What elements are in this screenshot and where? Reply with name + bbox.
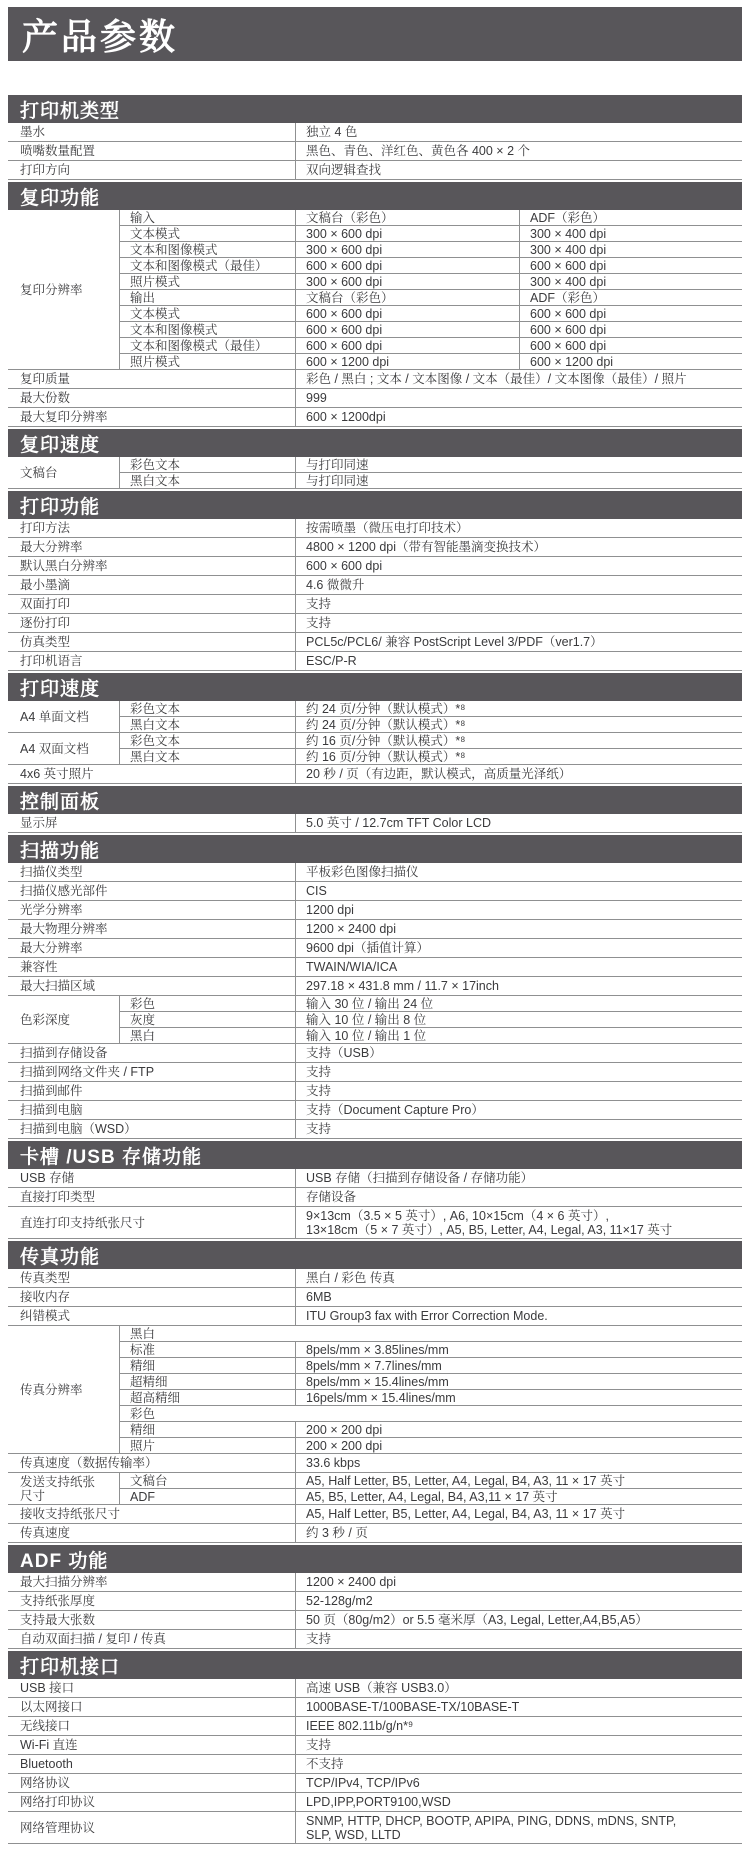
spec-value: 600 × 1200dpi: [296, 408, 742, 426]
spec-value: 文稿台（彩色）: [296, 210, 520, 225]
spec-row: 接收支持纸张尺寸A5, Half Letter, B5, Letter, A4,…: [8, 1505, 742, 1524]
spec-value: 输入 30 位 / 输出 24 位: [296, 996, 742, 1011]
spec-value: 约 16 页/分钟（默认模式）*⁸: [296, 749, 742, 764]
spec-value: 200 × 200 dpi: [296, 1438, 742, 1453]
spec-value: 支持（Document Capture Pro）: [296, 1101, 742, 1119]
spec-value: 存储设备: [296, 1188, 742, 1206]
spec-value: 16pels/mm × 15.4lines/mm: [296, 1390, 742, 1405]
spec-sublabel: 黑白文本: [120, 473, 296, 488]
spec-value: ADF（彩色）: [520, 290, 742, 305]
spec-row: 传真速度（数据传输率）33.6 kbps: [8, 1454, 742, 1473]
spec-subrow: 文本和图像模式（最佳）600 × 600 dpi600 × 600 dpi: [120, 338, 742, 354]
spec-sublabel: 照片模式: [120, 274, 296, 289]
spec-sublabel: 输入: [120, 210, 296, 225]
spec-value: 8pels/mm × 15.4lines/mm: [296, 1374, 742, 1389]
spec-subrow: 彩色: [120, 1406, 742, 1422]
spec-label: 网络打印协议: [8, 1793, 296, 1811]
spec-label: USB 存储: [8, 1169, 296, 1187]
spec-value: 不支持: [296, 1755, 742, 1773]
spec-row: 打印方向双向逻辑查找: [8, 161, 742, 180]
spec-sublabel: 精细: [120, 1422, 296, 1437]
spec-value: 600 × 600 dpi: [520, 258, 742, 273]
spec-label: 最大分辨率: [8, 538, 296, 556]
spec-label: 传真速度: [8, 1524, 296, 1542]
spec-subrow: 彩色文本约 16 页/分钟（默认模式）*⁸: [120, 733, 742, 749]
spec-row: 最小墨滴4.6 微微升: [8, 576, 742, 595]
spec-label: 扫描仪感光部件: [8, 882, 296, 900]
spec-group-rows: 彩色文本约 16 页/分钟（默认模式）*⁸黑白文本约 16 页/分钟（默认模式）…: [120, 733, 742, 765]
spec-group: 复印分辨率输入文稿台（彩色）ADF（彩色）文本模式300 × 600 dpi30…: [8, 210, 742, 370]
spec-row: 喷嘴数量配置黑色、青色、洋红色、黄色各 400 × 2 个: [8, 142, 742, 161]
spec-label: 光学分辨率: [8, 901, 296, 919]
spec-subrow: 黑白文本约 16 页/分钟（默认模式）*⁸: [120, 749, 742, 765]
spec-row: Bluetooth不支持: [8, 1755, 742, 1774]
spec-sublabel: 黑白: [120, 1028, 296, 1043]
spec-row: 最大物理分辨率1200 × 2400 dpi: [8, 920, 742, 939]
spec-value: ITU Group3 fax with Error Correction Mod…: [296, 1307, 742, 1325]
spec-value: CIS: [296, 882, 742, 900]
spec-value: 与打印同速: [296, 473, 742, 488]
spec-subheader: 黑白: [120, 1326, 742, 1341]
spec-sublabel: 文本模式: [120, 226, 296, 241]
spec-label: 扫描到网络文件夹 / FTP: [8, 1063, 296, 1081]
spec-value: 高速 USB（兼容 USB3.0）: [296, 1679, 742, 1697]
spec-label: 最大分辨率: [8, 939, 296, 957]
spec-value: 约 3 秒 / 页: [296, 1524, 742, 1542]
spec-label: 以太网接口: [8, 1698, 296, 1716]
spec-label: 扫描仪类型: [8, 863, 296, 881]
spec-value: 300 × 600 dpi: [296, 226, 520, 241]
section-header: 复印功能: [8, 182, 742, 210]
spec-label: 仿真类型: [8, 633, 296, 651]
spec-group-label: A4 单面文档: [8, 701, 120, 733]
spec-row: 网络协议TCP/IPv4, TCP/IPv6: [8, 1774, 742, 1793]
spec-value: 600 × 600 dpi: [520, 322, 742, 337]
spec-label: Bluetooth: [8, 1755, 296, 1773]
spec-label: 扫描到邮件: [8, 1082, 296, 1100]
spec-label: 自动双面扫描 / 复印 / 传真: [8, 1630, 296, 1648]
spec-row: 显示屏5.0 英寸 / 12.7cm TFT Color LCD: [8, 814, 742, 833]
spec-subrow: 照片模式300 × 600 dpi300 × 400 dpi: [120, 274, 742, 290]
spec-group-rows: 彩色文本与打印同速黑白文本与打印同速: [120, 457, 742, 489]
spec-row: 支持纸张厚度52-128g/m2: [8, 1592, 742, 1611]
spec-row: 扫描仪类型平板彩色图像扫描仪: [8, 863, 742, 882]
spec-label: 兼容性: [8, 958, 296, 976]
spec-group-rows: 文稿台A5, Half Letter, B5, Letter, A4, Lega…: [120, 1473, 742, 1505]
spec-row: 扫描到存储设备支持（USB）: [8, 1044, 742, 1063]
spec-label: 默认黑白分辨率: [8, 557, 296, 575]
spec-value: 输入 10 位 / 输出 8 位: [296, 1012, 742, 1027]
spec-value: 600 × 1200 dpi: [296, 354, 520, 369]
spec-label: 网络管理协议: [8, 1812, 296, 1843]
spec-row: 网络打印协议LPD,IPP,PORT9100,WSD: [8, 1793, 742, 1812]
spec-group: 传真分辨率黑白标准8pels/mm × 3.85lines/mm精细8pels/…: [8, 1326, 742, 1454]
spec-label: 传真类型: [8, 1269, 296, 1287]
spec-value: 按需喷墨（微压电打印技术）: [296, 519, 742, 537]
spec-subrow: 输出文稿台（彩色）ADF（彩色）: [120, 290, 742, 306]
spec-subrow: 标准8pels/mm × 3.85lines/mm: [120, 1342, 742, 1358]
spec-row: 最大份数999: [8, 389, 742, 408]
spec-row: 最大扫描分辨率1200 × 2400 dpi: [8, 1573, 742, 1592]
spec-sublabel: 彩色文本: [120, 701, 296, 716]
spec-subrow: 彩色输入 30 位 / 输出 24 位: [120, 996, 742, 1012]
spec-value: 300 × 400 dpi: [520, 226, 742, 241]
spec-group-rows: 输入文稿台（彩色）ADF（彩色）文本模式300 × 600 dpi300 × 4…: [120, 210, 742, 370]
spec-sublabel: 照片: [120, 1438, 296, 1453]
spec-label: 最小墨滴: [8, 576, 296, 594]
spec-value: 300 × 400 dpi: [520, 274, 742, 289]
spec-value: 50 页（80g/m2）or 5.5 毫米厚（A3, Legal, Letter…: [296, 1611, 742, 1629]
spec-label: USB 接口: [8, 1679, 296, 1697]
section-header: 打印机接口: [8, 1651, 742, 1679]
spec-value: 300 × 600 dpi: [296, 274, 520, 289]
spec-value: 文稿台（彩色）: [296, 290, 520, 305]
spec-row: 直连打印支持纸张尺寸9×13cm（3.5 × 5 英寸）, A6, 10×15c…: [8, 1207, 742, 1239]
spec-row: 复印质量彩色 / 黑白 ; 文本 / 文本图像 / 文本（最佳）/ 文本图像（最…: [8, 370, 742, 389]
spec-subrow: 黑白文本约 24 页/分钟（默认模式）*⁸: [120, 717, 742, 733]
spec-sublabel: 超精细: [120, 1374, 296, 1389]
spec-row: 默认黑白分辨率600 × 600 dpi: [8, 557, 742, 576]
spec-subrow: 文本模式600 × 600 dpi600 × 600 dpi: [120, 306, 742, 322]
spec-value: 约 24 页/分钟（默认模式）*⁸: [296, 717, 742, 732]
spec-value: 6MB: [296, 1288, 742, 1306]
spec-value: 支持: [296, 595, 742, 613]
spec-value: 1200 × 2400 dpi: [296, 920, 742, 938]
spec-value: 1200 dpi: [296, 901, 742, 919]
spec-label: 网络协议: [8, 1774, 296, 1792]
spec-label: 最大扫描分辨率: [8, 1573, 296, 1591]
spec-subrow: 输入文稿台（彩色）ADF（彩色）: [120, 210, 742, 226]
spec-label: 扫描到电脑（WSD）: [8, 1120, 296, 1138]
spec-row: 双面打印支持: [8, 595, 742, 614]
spec-value: 约 24 页/分钟（默认模式）*⁸: [296, 701, 742, 716]
spec-value: 33.6 kbps: [296, 1454, 742, 1472]
spec-subheader: 彩色: [120, 1406, 742, 1421]
spec-value: 双向逻辑查找: [296, 161, 742, 179]
spec-value: 600 × 600 dpi: [296, 258, 520, 273]
spec-label: 传真速度（数据传输率）: [8, 1454, 296, 1472]
spec-value: PCL5c/PCL6/ 兼容 PostScript Level 3/PDF（ve…: [296, 633, 742, 651]
spec-row: 直接打印类型存储设备: [8, 1188, 742, 1207]
spec-value: 平板彩色图像扫描仪: [296, 863, 742, 881]
spec-row: 最大分辨率9600 dpi（插值计算）: [8, 939, 742, 958]
spec-row: 逐份打印支持: [8, 614, 742, 633]
section-header: 打印功能: [8, 491, 742, 519]
spec-group: A4 单面文档彩色文本约 24 页/分钟（默认模式）*⁸黑白文本约 24 页/分…: [8, 701, 742, 733]
spec-group-label: 发送支持纸张 尺寸: [8, 1473, 120, 1505]
spec-row: 4x6 英寸照片20 秒 / 页（有边距，默认模式，高质量光泽纸）: [8, 765, 742, 784]
spec-value: 200 × 200 dpi: [296, 1422, 742, 1437]
spec-value: 5.0 英寸 / 12.7cm TFT Color LCD: [296, 814, 742, 832]
spec-group-label: 复印分辨率: [8, 210, 120, 370]
spec-value: A5, Half Letter, B5, Letter, A4, Legal, …: [296, 1473, 742, 1488]
spec-value: 600 × 600 dpi: [296, 306, 520, 321]
spec-value: USB 存储（扫描到存储设备 / 存储功能）: [296, 1169, 742, 1187]
spec-subrow: 精细200 × 200 dpi: [120, 1422, 742, 1438]
section-header: 打印机类型: [8, 95, 742, 123]
spec-group-label: 色彩深度: [8, 996, 120, 1044]
spec-value: 黑色、青色、洋红色、黄色各 400 × 2 个: [296, 142, 742, 160]
spec-value: A5, Half Letter, B5, Letter, A4, Legal, …: [296, 1505, 742, 1523]
spec-sublabel: 黑白文本: [120, 749, 296, 764]
spec-sublabel: 黑白文本: [120, 717, 296, 732]
spec-row: USB 存储USB 存储（扫描到存储设备 / 存储功能）: [8, 1169, 742, 1188]
spec-sublabel: 彩色文本: [120, 733, 296, 748]
spec-label: 支持最大张数: [8, 1611, 296, 1629]
spec-row: 自动双面扫描 / 复印 / 传真支持: [8, 1630, 742, 1649]
spec-value: 600 × 600 dpi: [520, 338, 742, 353]
spec-sections: 打印机类型墨水独立 4 色喷嘴数量配置黑色、青色、洋红色、黄色各 400 × 2…: [8, 95, 742, 1844]
spec-group: 文稿台彩色文本与打印同速黑白文本与打印同速: [8, 457, 742, 489]
spec-group-rows: 黑白标准8pels/mm × 3.85lines/mm精细8pels/mm × …: [120, 1326, 742, 1454]
spec-value: 支持（USB）: [296, 1044, 742, 1062]
spec-sublabel: ADF: [120, 1489, 296, 1504]
spec-value: LPD,IPP,PORT9100,WSD: [296, 1793, 742, 1811]
spec-label: 接收内存: [8, 1288, 296, 1306]
spec-subrow: 精细8pels/mm × 7.7lines/mm: [120, 1358, 742, 1374]
spec-group-label: 传真分辨率: [8, 1326, 120, 1454]
spec-value: 1200 × 2400 dpi: [296, 1573, 742, 1591]
spec-label: 4x6 英寸照片: [8, 765, 296, 783]
spec-row: 扫描到电脑（WSD）支持: [8, 1120, 742, 1139]
spec-row: 支持最大张数50 页（80g/m2）or 5.5 毫米厚（A3, Legal, …: [8, 1611, 742, 1630]
spec-value: A5, B5, Letter, A4, Legal, B4, A3,11 × 1…: [296, 1489, 742, 1504]
spec-value: 600 × 600 dpi: [296, 338, 520, 353]
section-header: ADF 功能: [8, 1545, 742, 1573]
spec-label: 双面打印: [8, 595, 296, 613]
spec-row: 网络管理协议SNMP, HTTP, DHCP, BOOTP, APIPA, PI…: [8, 1812, 742, 1844]
section-header: 打印速度: [8, 673, 742, 701]
spec-row: 传真类型黑白 / 彩色 传真: [8, 1269, 742, 1288]
spec-group-rows: 彩色文本约 24 页/分钟（默认模式）*⁸黑白文本约 24 页/分钟（默认模式）…: [120, 701, 742, 733]
spec-subrow: 文本和图像模式600 × 600 dpi600 × 600 dpi: [120, 322, 742, 338]
spec-value: 约 16 页/分钟（默认模式）*⁸: [296, 733, 742, 748]
spec-subrow: 黑白输入 10 位 / 输出 1 位: [120, 1028, 742, 1044]
spec-value: 9×13cm（3.5 × 5 英寸）, A6, 10×15cm（4 × 6 英寸…: [296, 1207, 742, 1238]
spec-sublabel: 彩色文本: [120, 457, 296, 472]
spec-label: 扫描到电脑: [8, 1101, 296, 1119]
spec-value: 独立 4 色: [296, 123, 742, 141]
spec-row: 打印方法按需喷墨（微压电打印技术）: [8, 519, 742, 538]
spec-label: 纠错模式: [8, 1307, 296, 1325]
spec-subrow: 彩色文本与打印同速: [120, 457, 742, 473]
spec-group-label: A4 双面文档: [8, 733, 120, 765]
spec-subrow: 黑白: [120, 1326, 742, 1342]
section-header: 控制面板: [8, 786, 742, 814]
spec-value: 1000BASE-T/100BASE-TX/10BASE-T: [296, 1698, 742, 1716]
spec-value: 支持: [296, 1120, 742, 1138]
spec-label: 直连打印支持纸张尺寸: [8, 1207, 296, 1238]
spec-row: 传真速度约 3 秒 / 页: [8, 1524, 742, 1543]
spec-value: 999: [296, 389, 742, 407]
spec-row: Wi-Fi 直连支持: [8, 1736, 742, 1755]
spec-label: 墨水: [8, 123, 296, 141]
spec-value: 300 × 600 dpi: [296, 242, 520, 257]
spec-group: A4 双面文档彩色文本约 16 页/分钟（默认模式）*⁸黑白文本约 16 页/分…: [8, 733, 742, 765]
spec-label: 逐份打印: [8, 614, 296, 632]
spec-row: 纠错模式ITU Group3 fax with Error Correction…: [8, 1307, 742, 1326]
spec-value: 20 秒 / 页（有边距，默认模式，高质量光泽纸）: [296, 765, 742, 783]
spec-subrow: 文本模式300 × 600 dpi300 × 400 dpi: [120, 226, 742, 242]
spec-subrow: 灰度输入 10 位 / 输出 8 位: [120, 1012, 742, 1028]
spec-value: 输入 10 位 / 输出 1 位: [296, 1028, 742, 1043]
spec-subrow: 超高精细16pels/mm × 15.4lines/mm: [120, 1390, 742, 1406]
spec-label: 扫描到存储设备: [8, 1044, 296, 1062]
spec-value: 支持: [296, 1063, 742, 1081]
spec-value: 4.6 微微升: [296, 576, 742, 594]
spec-row: 兼容性TWAIN/WIA/ICA: [8, 958, 742, 977]
spec-sublabel: 文本和图像模式: [120, 322, 296, 337]
spec-value: 600 × 600 dpi: [296, 322, 520, 337]
spec-value: 支持: [296, 1630, 742, 1648]
spec-label: 最大份数: [8, 389, 296, 407]
spec-row: 最大复印分辨率600 × 1200dpi: [8, 408, 742, 427]
spec-row: 扫描到电脑支持（Document Capture Pro）: [8, 1101, 742, 1120]
spec-subrow: 文稿台A5, Half Letter, B5, Letter, A4, Lega…: [120, 1473, 742, 1489]
spec-row: 墨水独立 4 色: [8, 123, 742, 142]
spec-label: 喷嘴数量配置: [8, 142, 296, 160]
spec-label: 直接打印类型: [8, 1188, 296, 1206]
spec-row: 无线接口IEEE 802.11b/g/n*⁹: [8, 1717, 742, 1736]
spec-subrow: 彩色文本约 24 页/分钟（默认模式）*⁸: [120, 701, 742, 717]
spec-value: 9600 dpi（插值计算）: [296, 939, 742, 957]
spec-value: SNMP, HTTP, DHCP, BOOTP, APIPA, PING, DD…: [296, 1812, 742, 1843]
spec-row: 最大分辨率4800 × 1200 dpi（带有智能墨滴变换技术）: [8, 538, 742, 557]
spec-row: 扫描到邮件支持: [8, 1082, 742, 1101]
spec-value: 8pels/mm × 7.7lines/mm: [296, 1358, 742, 1373]
spec-value: 支持: [296, 614, 742, 632]
spec-label: 最大扫描区域: [8, 977, 296, 995]
spec-row: USB 接口高速 USB（兼容 USB3.0）: [8, 1679, 742, 1698]
section-header: 传真功能: [8, 1241, 742, 1269]
page-title-bar: 产品参数: [8, 7, 742, 61]
spec-value: 297.18 × 431.8 mm / 11.7 × 17inch: [296, 977, 742, 995]
spec-subrow: 超精细8pels/mm × 15.4lines/mm: [120, 1374, 742, 1390]
spec-sublabel: 文稿台: [120, 1473, 296, 1488]
spec-label: 接收支持纸张尺寸: [8, 1505, 296, 1523]
spec-subrow: 照片模式600 × 1200 dpi600 × 1200 dpi: [120, 354, 742, 370]
spec-label: 打印方向: [8, 161, 296, 179]
spec-value: 黑白 / 彩色 传真: [296, 1269, 742, 1287]
spec-row: 接收内存6MB: [8, 1288, 742, 1307]
spec-row: 打印机语言ESC/P-R: [8, 652, 742, 671]
spec-row: 扫描仪感光部件CIS: [8, 882, 742, 901]
spec-sublabel: 灰度: [120, 1012, 296, 1027]
spec-value: 4800 × 1200 dpi（带有智能墨滴变换技术）: [296, 538, 742, 556]
spec-subrow: 文本和图像模式300 × 600 dpi300 × 400 dpi: [120, 242, 742, 258]
spec-group-rows: 彩色输入 30 位 / 输出 24 位灰度输入 10 位 / 输出 8 位黑白输…: [120, 996, 742, 1044]
spec-label: 无线接口: [8, 1717, 296, 1735]
spec-row: 仿真类型PCL5c/PCL6/ 兼容 PostScript Level 3/PD…: [8, 633, 742, 652]
spec-sublabel: 精细: [120, 1358, 296, 1373]
spec-sublabel: 输出: [120, 290, 296, 305]
spec-value: 600 × 600 dpi: [520, 306, 742, 321]
spec-value: ESC/P-R: [296, 652, 742, 670]
spec-value: ADF（彩色）: [520, 210, 742, 225]
spec-label: 复印质量: [8, 370, 296, 388]
spec-subrow: 照片200 × 200 dpi: [120, 1438, 742, 1454]
spec-row: 光学分辨率1200 dpi: [8, 901, 742, 920]
spec-row: 扫描到网络文件夹 / FTP支持: [8, 1063, 742, 1082]
spec-value: TWAIN/WIA/ICA: [296, 958, 742, 976]
spec-label: 最大物理分辨率: [8, 920, 296, 938]
spec-group-label: 文稿台: [8, 457, 120, 489]
spec-value: 彩色 / 黑白 ; 文本 / 文本图像 / 文本（最佳）/ 文本图像（最佳）/ …: [296, 370, 742, 388]
spec-page: 产品参数 打印机类型墨水独立 4 色喷嘴数量配置黑色、青色、洋红色、黄色各 40…: [8, 7, 742, 1844]
spec-value: TCP/IPv4, TCP/IPv6: [296, 1774, 742, 1792]
section-header: 扫描功能: [8, 835, 742, 863]
spec-value: 8pels/mm × 3.85lines/mm: [296, 1342, 742, 1357]
spec-value: 与打印同速: [296, 457, 742, 472]
section-header: 复印速度: [8, 429, 742, 457]
spec-sublabel: 彩色: [120, 996, 296, 1011]
page-title: 产品参数: [22, 9, 178, 60]
spec-sublabel: 标准: [120, 1342, 296, 1357]
spec-label: Wi-Fi 直连: [8, 1736, 296, 1754]
spec-value: 52-128g/m2: [296, 1592, 742, 1610]
spec-label: 显示屏: [8, 814, 296, 832]
spec-value: 600 × 600 dpi: [296, 557, 742, 575]
spec-value: 300 × 400 dpi: [520, 242, 742, 257]
spec-label: 支持纸张厚度: [8, 1592, 296, 1610]
spec-group: 色彩深度彩色输入 30 位 / 输出 24 位灰度输入 10 位 / 输出 8 …: [8, 996, 742, 1044]
spec-sublabel: 文本和图像模式（最佳）: [120, 258, 296, 273]
spec-sublabel: 文本和图像模式: [120, 242, 296, 257]
spec-label: 打印方法: [8, 519, 296, 537]
spec-label: 打印机语言: [8, 652, 296, 670]
spec-sublabel: 照片模式: [120, 354, 296, 369]
spec-value: 支持: [296, 1082, 742, 1100]
spec-label: 最大复印分辨率: [8, 408, 296, 426]
spec-value: IEEE 802.11b/g/n*⁹: [296, 1717, 742, 1735]
spec-row: 最大扫描区域297.18 × 431.8 mm / 11.7 × 17inch: [8, 977, 742, 996]
spec-sublabel: 超高精细: [120, 1390, 296, 1405]
section-header: 卡槽 /USB 存储功能: [8, 1141, 742, 1169]
spec-row: 以太网接口1000BASE-T/100BASE-TX/10BASE-T: [8, 1698, 742, 1717]
spec-subrow: ADFA5, B5, Letter, A4, Legal, B4, A3,11 …: [120, 1489, 742, 1505]
spec-subrow: 文本和图像模式（最佳）600 × 600 dpi600 × 600 dpi: [120, 258, 742, 274]
spec-sublabel: 文本和图像模式（最佳）: [120, 338, 296, 353]
spec-subrow: 黑白文本与打印同速: [120, 473, 742, 489]
spec-value: 600 × 1200 dpi: [520, 354, 742, 369]
spec-value: 支持: [296, 1736, 742, 1754]
spec-sublabel: 文本模式: [120, 306, 296, 321]
spec-group: 发送支持纸张 尺寸文稿台A5, Half Letter, B5, Letter,…: [8, 1473, 742, 1505]
